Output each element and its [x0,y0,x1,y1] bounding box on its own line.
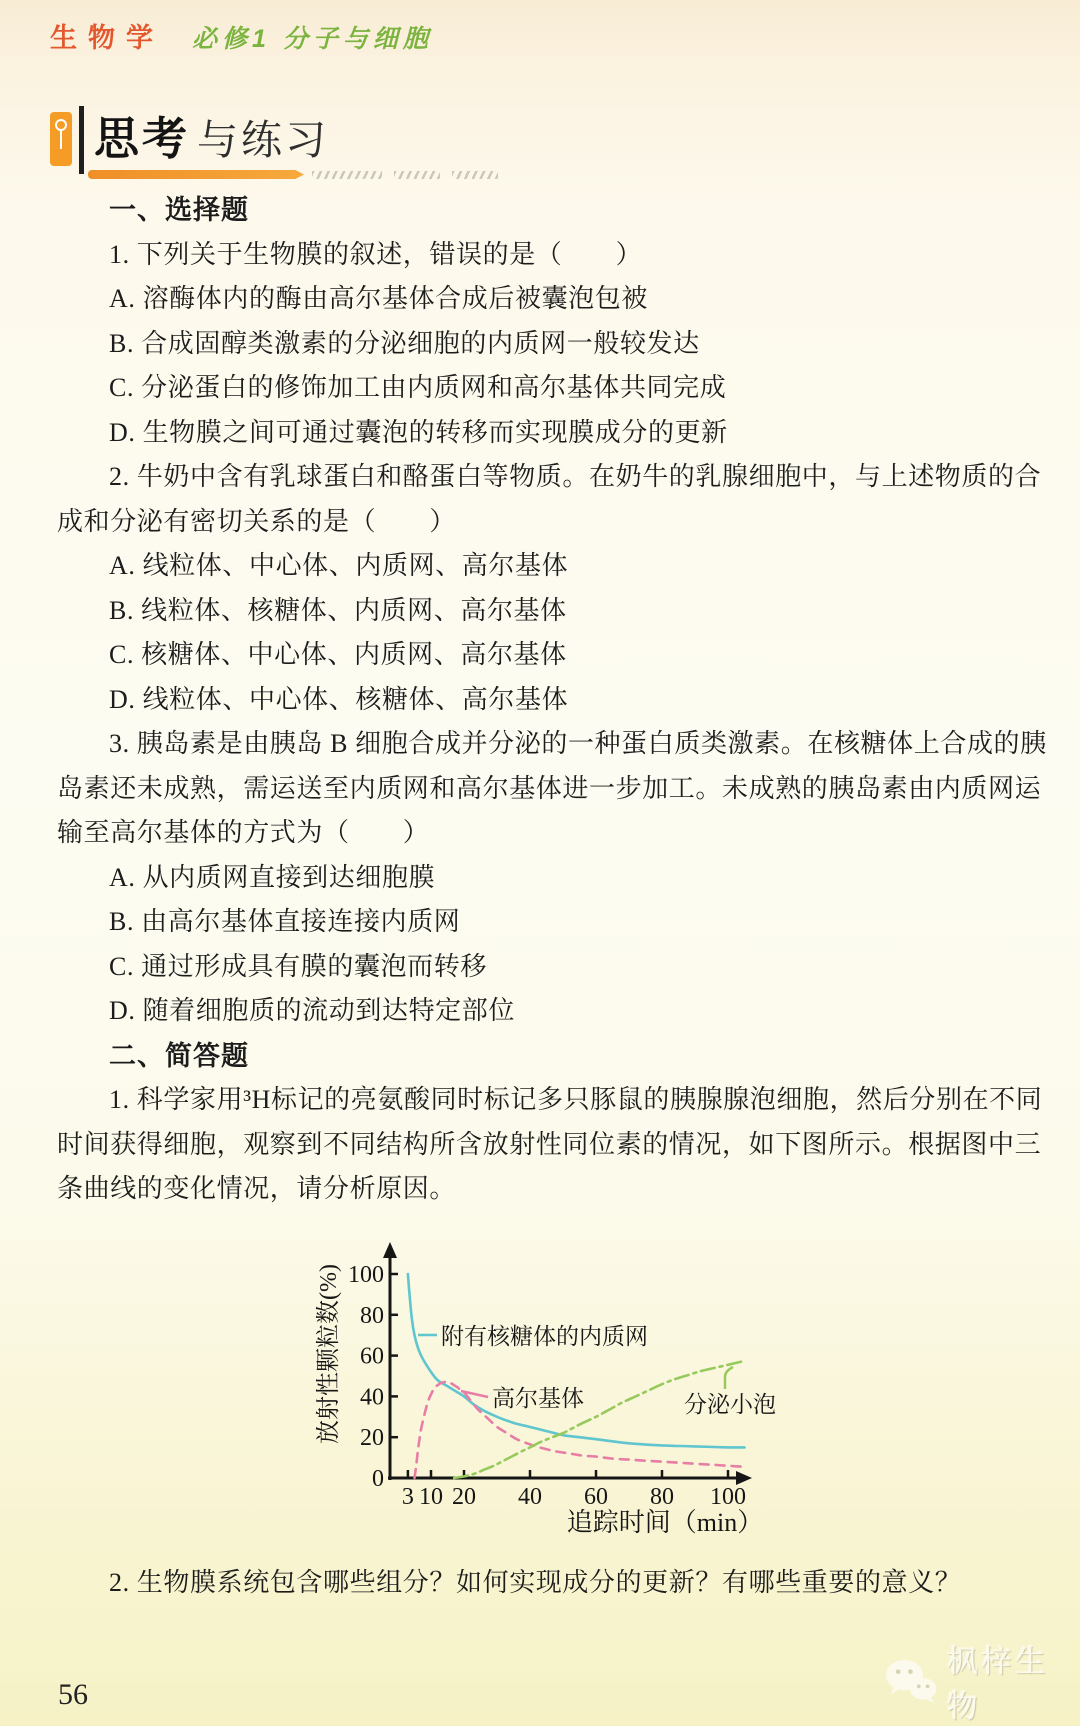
svg-text:100: 100 [710,1484,746,1510]
textbook-page: 生物学 必修1 分子与细胞 思考与练习 一、选择题 1. 下列关于生物膜的叙述，… [0,0,1080,1726]
header-subject: 生物学 [50,16,164,55]
part1-heading: 一、选择题 [57,188,1032,233]
q2-option-d: D. 线粒体、中心体、核糖体、高尔基体 [57,678,1032,723]
title-underline [88,170,304,179]
vesicle-label-leader [725,1367,733,1389]
q1-option-a: A. 溶酶体内的酶由高尔基体合成后被囊泡包被 [57,277,1032,322]
svg-text:10: 10 [419,1484,443,1510]
exercise-text: 一、选择题 1. 下列关于生物膜的叙述，错误的是（ ） A. 溶酶体内的酶由高尔… [57,188,1032,1212]
svg-text:20: 20 [452,1484,476,1510]
y-axis-arrow [383,1242,397,1258]
q3-stem-line1: 3. 胰岛素是由胰岛 B 细胞合成并分泌的一种蛋白质类激素。在核糖体上合成的胰 [57,722,1032,767]
part2-heading: 二、简答题 [57,1034,1032,1079]
svg-text:3: 3 [402,1484,414,1510]
q1-option-c: C. 分泌蛋白的修饰加工由内质网和高尔基体共同完成 [57,366,1032,411]
svg-text:60: 60 [584,1484,608,1510]
header-module: 必修1 分子与细胞 [192,19,433,55]
q1-stem: 1. 下列关于生物膜的叙述，错误的是（ ） [57,233,1032,278]
chart-axes [383,1242,752,1485]
q2-option-a: A. 线粒体、中心体、内质网、高尔基体 [57,544,1032,589]
title-vertical-bar [79,106,84,174]
svg-text:20: 20 [360,1425,384,1451]
chart-svg: 02040608010031020406080100 追踪时间（min） 放射性… [300,1236,780,1536]
vesicle-curve-label: 分泌小泡 [684,1392,776,1417]
chart-curves [408,1274,745,1478]
sq2-stem: 2. 生物膜系统包含哪些组分？如何实现成分的更新？有哪些重要的意义？ [57,1560,961,1605]
q3-stem-line3: 输至高尔基体的方式为（ ） [57,811,1032,856]
magnifier-lens-icon [55,119,67,131]
svg-text:80: 80 [650,1484,674,1510]
x-axis-label: 追踪时间（min） [567,1508,763,1536]
q3-option-c: C. 通过形成具有膜的囊泡而转移 [57,945,1032,990]
tracking-chart: 02040608010031020406080100 追踪时间（min） 放射性… [300,1236,780,1536]
section-title-block: 思考与练习 [0,100,600,195]
page-number: 56 [58,1678,88,1712]
watermark-text: 枫梓生物 [947,1636,1080,1726]
svg-text:60: 60 [360,1344,384,1370]
q2-option-c: C. 核糖体、中心体、内质网、高尔基体 [57,633,1032,678]
q2-stem-line2: 成和分泌有密切关系的是（ ） [57,500,1032,545]
section-title-main: 思考 [94,113,190,164]
svg-text:100: 100 [348,1262,384,1288]
page-header: 生物学 必修1 分子与细胞 [50,16,433,55]
q3-stem-line2: 岛素还未成熟，需运送至内质网和高尔基体进一步加工。未成熟的胰岛素由内质网运 [57,767,1032,812]
svg-text:0: 0 [372,1466,384,1492]
x-axis-arrow [736,1471,752,1485]
section-title: 思考与练习 [94,102,329,167]
magnifier-badge-icon [50,112,72,166]
watermark: 枫梓生物 [884,1636,1080,1726]
q1-option-d: D. 生物膜之间可通过囊泡的转移而实现膜成分的更新 [57,411,1032,456]
golgi-curve-label: 高尔基体 [492,1386,584,1411]
svg-text:80: 80 [360,1303,384,1329]
q2-stem-line1: 2. 牛奶中含有乳球蛋白和酪蛋白等物质。在奶牛的乳腺细胞中，与上述物质的合 [57,455,1032,500]
q1-option-b: B. 合成固醇类激素的分泌细胞的内质网一般较发达 [57,322,1032,367]
title-underline-pattern [312,171,498,179]
magnifier-stem-icon [60,131,62,149]
wechat-icon [884,1658,939,1704]
svg-text:40: 40 [518,1484,542,1510]
svg-text:40: 40 [360,1384,384,1410]
q3-option-d: D. 随着细胞质的流动到达特定部位 [57,989,1032,1034]
er-curve-label: 附有核糖体的内质网 [441,1324,648,1349]
q3-option-b: B. 由高尔基体直接连接内质网 [57,900,1032,945]
y-axis-label: 放射性颗粒数(%) [315,1264,342,1444]
sq1-stem-line3: 条曲线的变化情况，请分析原因。 [57,1167,1032,1212]
q3-option-a: A. 从内质网直接到达细胞膜 [57,856,1032,901]
section-title-suffix: 与练习 [197,117,329,163]
q2-option-b: B. 线粒体、核糖体、内质网、高尔基体 [57,589,1032,634]
sq1-stem-line2: 时间获得细胞，观察到不同结构所含放射性同位素的情况，如下图所示。根据图中三 [57,1123,1032,1168]
sq1-stem-line1: 1. 科学家用³H标记的亮氨酸同时标记多只豚鼠的胰腺腺泡细胞，然后分别在不同 [57,1078,1032,1123]
